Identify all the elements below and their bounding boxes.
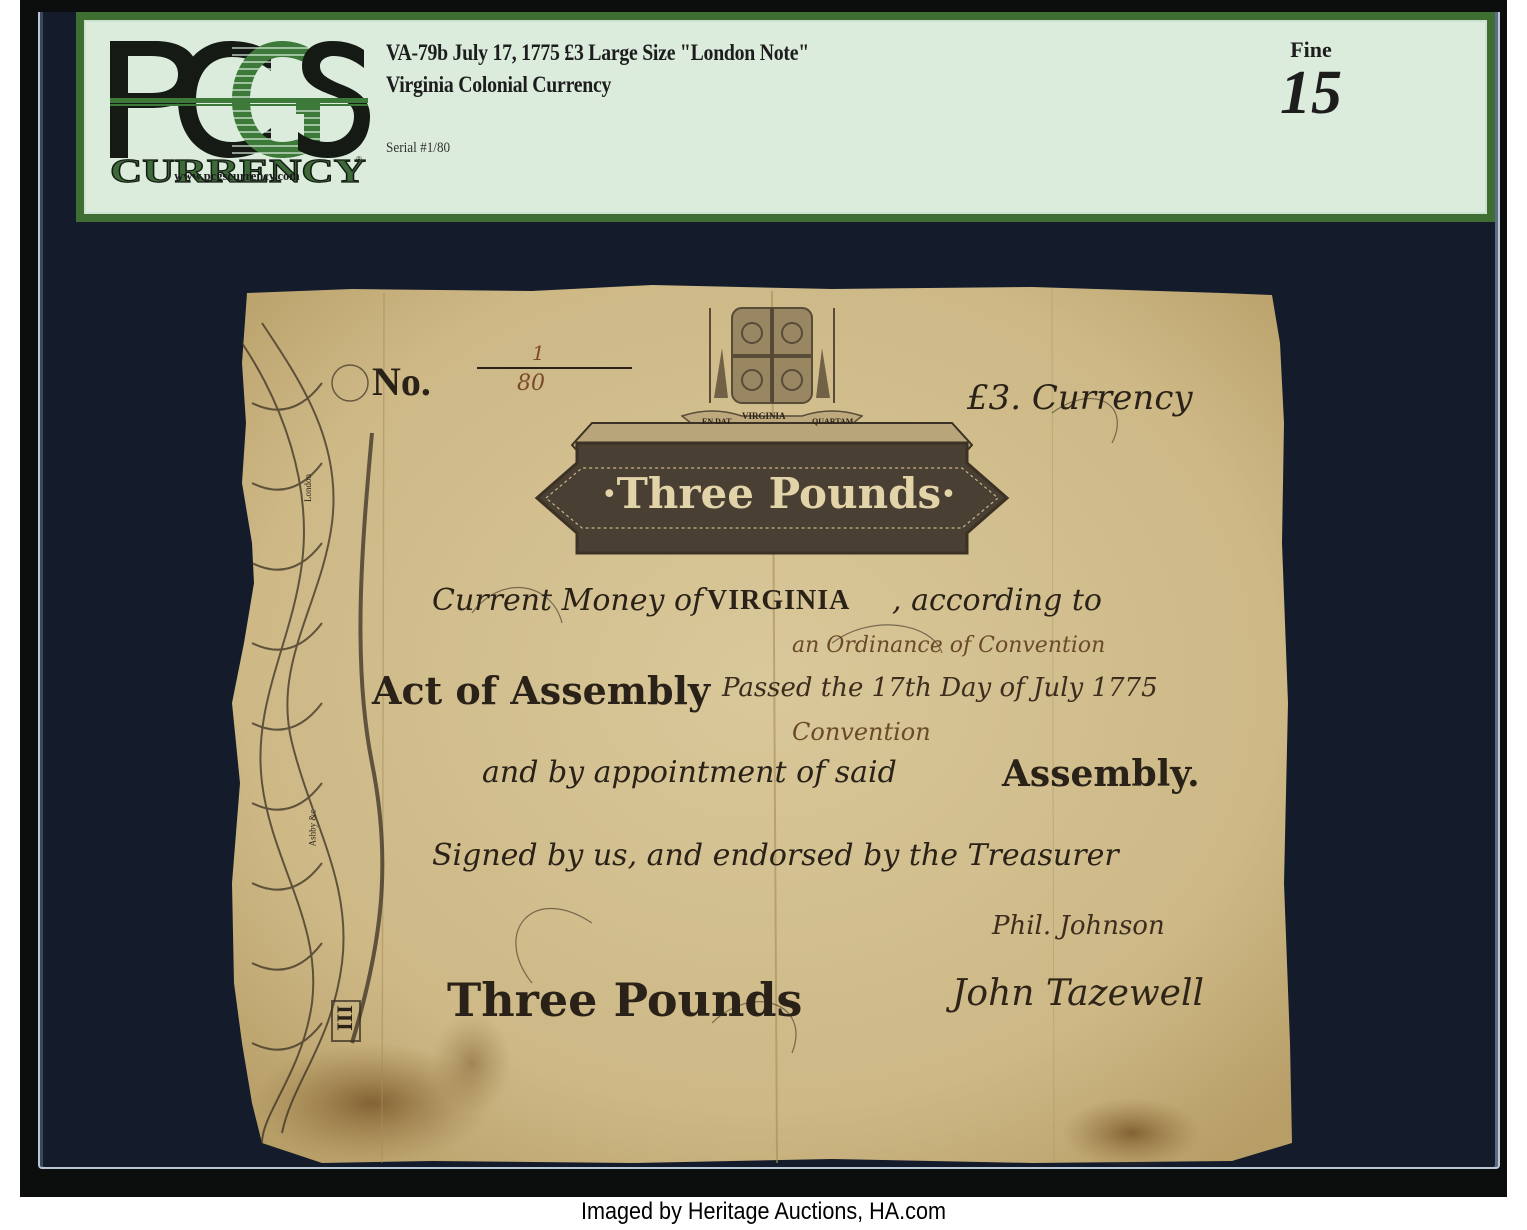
line-2-insert: an Ordinance of Convention bbox=[792, 633, 1105, 658]
crest-motto-left: EN DAT bbox=[702, 417, 731, 426]
border-denomination: III bbox=[332, 1005, 358, 1031]
number-prefix: No. bbox=[372, 358, 431, 405]
note-subtitle: Virginia Colonial Currency bbox=[386, 72, 611, 98]
grade-number: 15 bbox=[1246, 62, 1376, 124]
crest-motto-right: QUARTAM bbox=[812, 417, 853, 426]
line-1-prefix: Current Money of bbox=[432, 583, 703, 618]
note-title: VA-79b July 17, 1775 £3 Large Size "Lond… bbox=[386, 40, 809, 66]
crest-motto-center: VIRGINIA bbox=[742, 411, 786, 421]
line-1-state: VIRGINIA bbox=[707, 585, 850, 617]
denomination-top: £3. Currency bbox=[967, 378, 1193, 418]
line-1-suffix: , according to bbox=[892, 583, 1102, 618]
border-text-ashby: Ashby &c bbox=[307, 810, 317, 847]
line-3-assembly: Assembly. bbox=[1002, 753, 1200, 795]
serial-number: Serial #1/80 bbox=[386, 140, 450, 157]
website-url[interactable]: www.pcgscurrency.com bbox=[112, 169, 362, 184]
banknote: No. 1 80 £3. Currency VIRGINIA EN DAT QU… bbox=[232, 283, 1292, 1168]
signature-2: John Tazewell bbox=[952, 973, 1204, 1014]
bottom-denomination: Three Pounds bbox=[447, 973, 802, 1027]
line-3-insert: Convention bbox=[792, 718, 931, 746]
grading-label: ® CURRENCY www.pcgscurrency.com VA-79b J… bbox=[76, 12, 1495, 222]
grading-label-inner: ® CURRENCY www.pcgscurrency.com VA-79b J… bbox=[84, 20, 1487, 214]
cartouche-text: ·Three Pounds· bbox=[602, 469, 942, 518]
serial-numerator: 1 bbox=[532, 341, 545, 365]
serial-denominator: 80 bbox=[517, 371, 545, 396]
image-credit: Imaged by Heritage Auctions, HA.com bbox=[76, 1198, 1450, 1226]
line-2-rest: Passed the 17th Day of July 1775 bbox=[722, 673, 1158, 703]
border-text-london: London bbox=[303, 474, 313, 502]
line-2-act: Act of Assembly bbox=[372, 668, 710, 713]
signature-1: Phil. Johnson bbox=[992, 911, 1165, 941]
line-3-prefix: and by appointment of said bbox=[482, 755, 897, 790]
line-4: Signed by us, and endorsed by the Treasu… bbox=[432, 838, 1119, 873]
